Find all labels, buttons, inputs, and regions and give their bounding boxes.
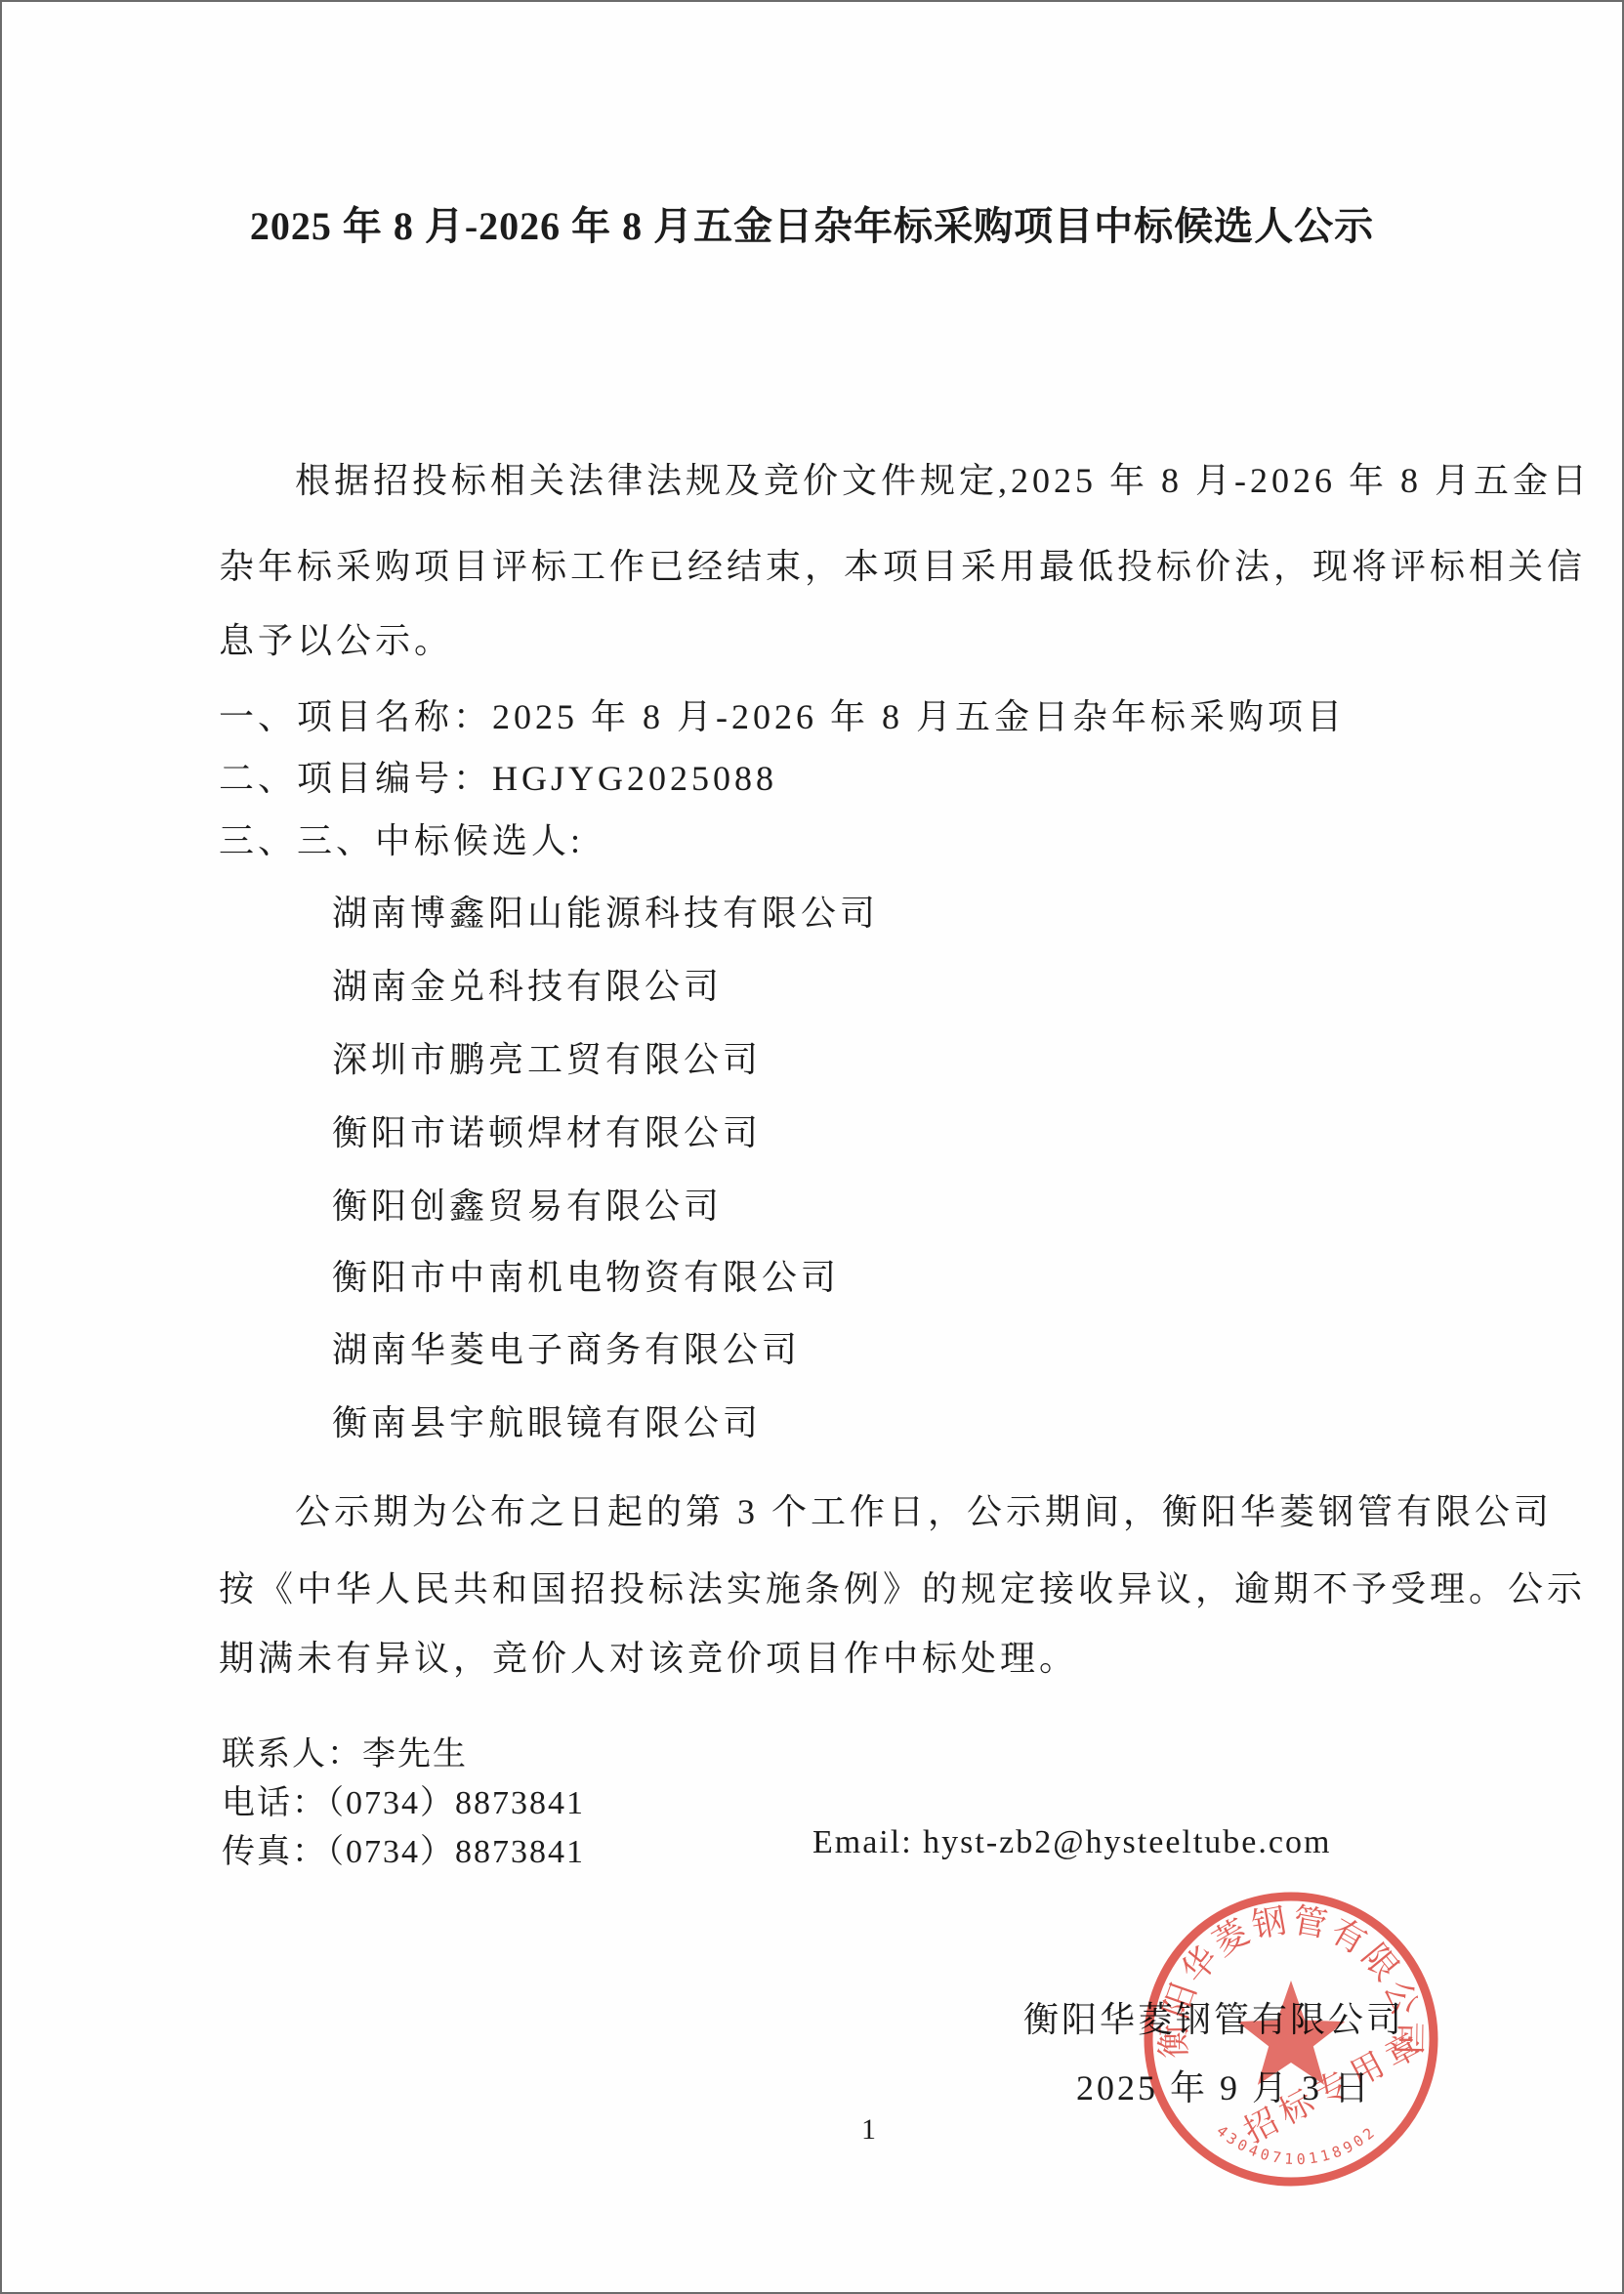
contact-phone: 电话：（0734）8873841 (222, 1775, 585, 1823)
candidate-name: 湖南金兑科技有限公司 (332, 959, 723, 1009)
notice-line: 期满未有异议，竞价人对该竞价项目作中标处理。 (219, 1631, 1078, 1681)
candidate-name: 衡阳市诺顿焊材有限公司 (332, 1105, 762, 1155)
intro-line: 息予以公示。 (219, 613, 453, 663)
contact-person: 联系人：李先生 (222, 1727, 468, 1774)
page-number: 1 (861, 2113, 876, 2147)
candidate-name: 衡阳创鑫贸易有限公司 (332, 1179, 723, 1229)
notice-line: 按《中华人民共和国招投标法实施条例》的规定接收异议，逾期不予受理。公示 (219, 1562, 1586, 1611)
contact-fax: 传真：（0734）8873841 (222, 1824, 585, 1872)
company-seal-stamp: 衡阳华菱钢管有限公司 招标专用章 43040710118902 (1139, 1887, 1443, 2191)
document-page: 2025 年 8 月-2026 年 8 月五金日杂年标采购项目中标候选人公示 根… (0, 0, 1624, 2294)
candidate-name: 衡南县宇航眼镜有限公司 (332, 1396, 762, 1445)
seal-number-text: 43040710118902 (1213, 2122, 1380, 2168)
document-title: 2025 年 8 月-2026 年 8 月五金日杂年标采购项目中标候选人公示 (2, 195, 1622, 251)
list-item-project-name: 一、项目名称：2025 年 8 月-2026 年 8 月五金日杂年标采购项目 (219, 689, 1346, 739)
candidate-name: 深圳市鹏亮工贸有限公司 (332, 1032, 762, 1082)
intro-line: 根据招投标相关法律法规及竞价文件规定,2025 年 8 月-2026 年 8 月… (295, 453, 1591, 503)
notice-line: 公示期为公布之日起的第 3 个工作日，公示期间，衡阳华菱钢管有限公司 (295, 1484, 1553, 1534)
intro-line: 杂年标采购项目评标工作已经结束，本项目采用最低投标价法，现将评标相关信 (219, 539, 1586, 589)
candidate-name: 衡阳市中南机电物资有限公司 (332, 1250, 840, 1300)
list-item-project-number: 二、项目编号：HGJYG2025088 (219, 751, 777, 801)
list-item-candidates-heading: 三、三、中标候选人: (219, 813, 584, 863)
candidate-name: 湖南博鑫阳山能源科技有限公司 (332, 886, 879, 936)
seal-star-icon (1237, 1981, 1345, 2085)
contact-email: Email: hyst-zb2@hysteeltube.com (812, 1824, 1331, 1861)
candidate-name: 湖南华菱电子商务有限公司 (332, 1322, 801, 1372)
